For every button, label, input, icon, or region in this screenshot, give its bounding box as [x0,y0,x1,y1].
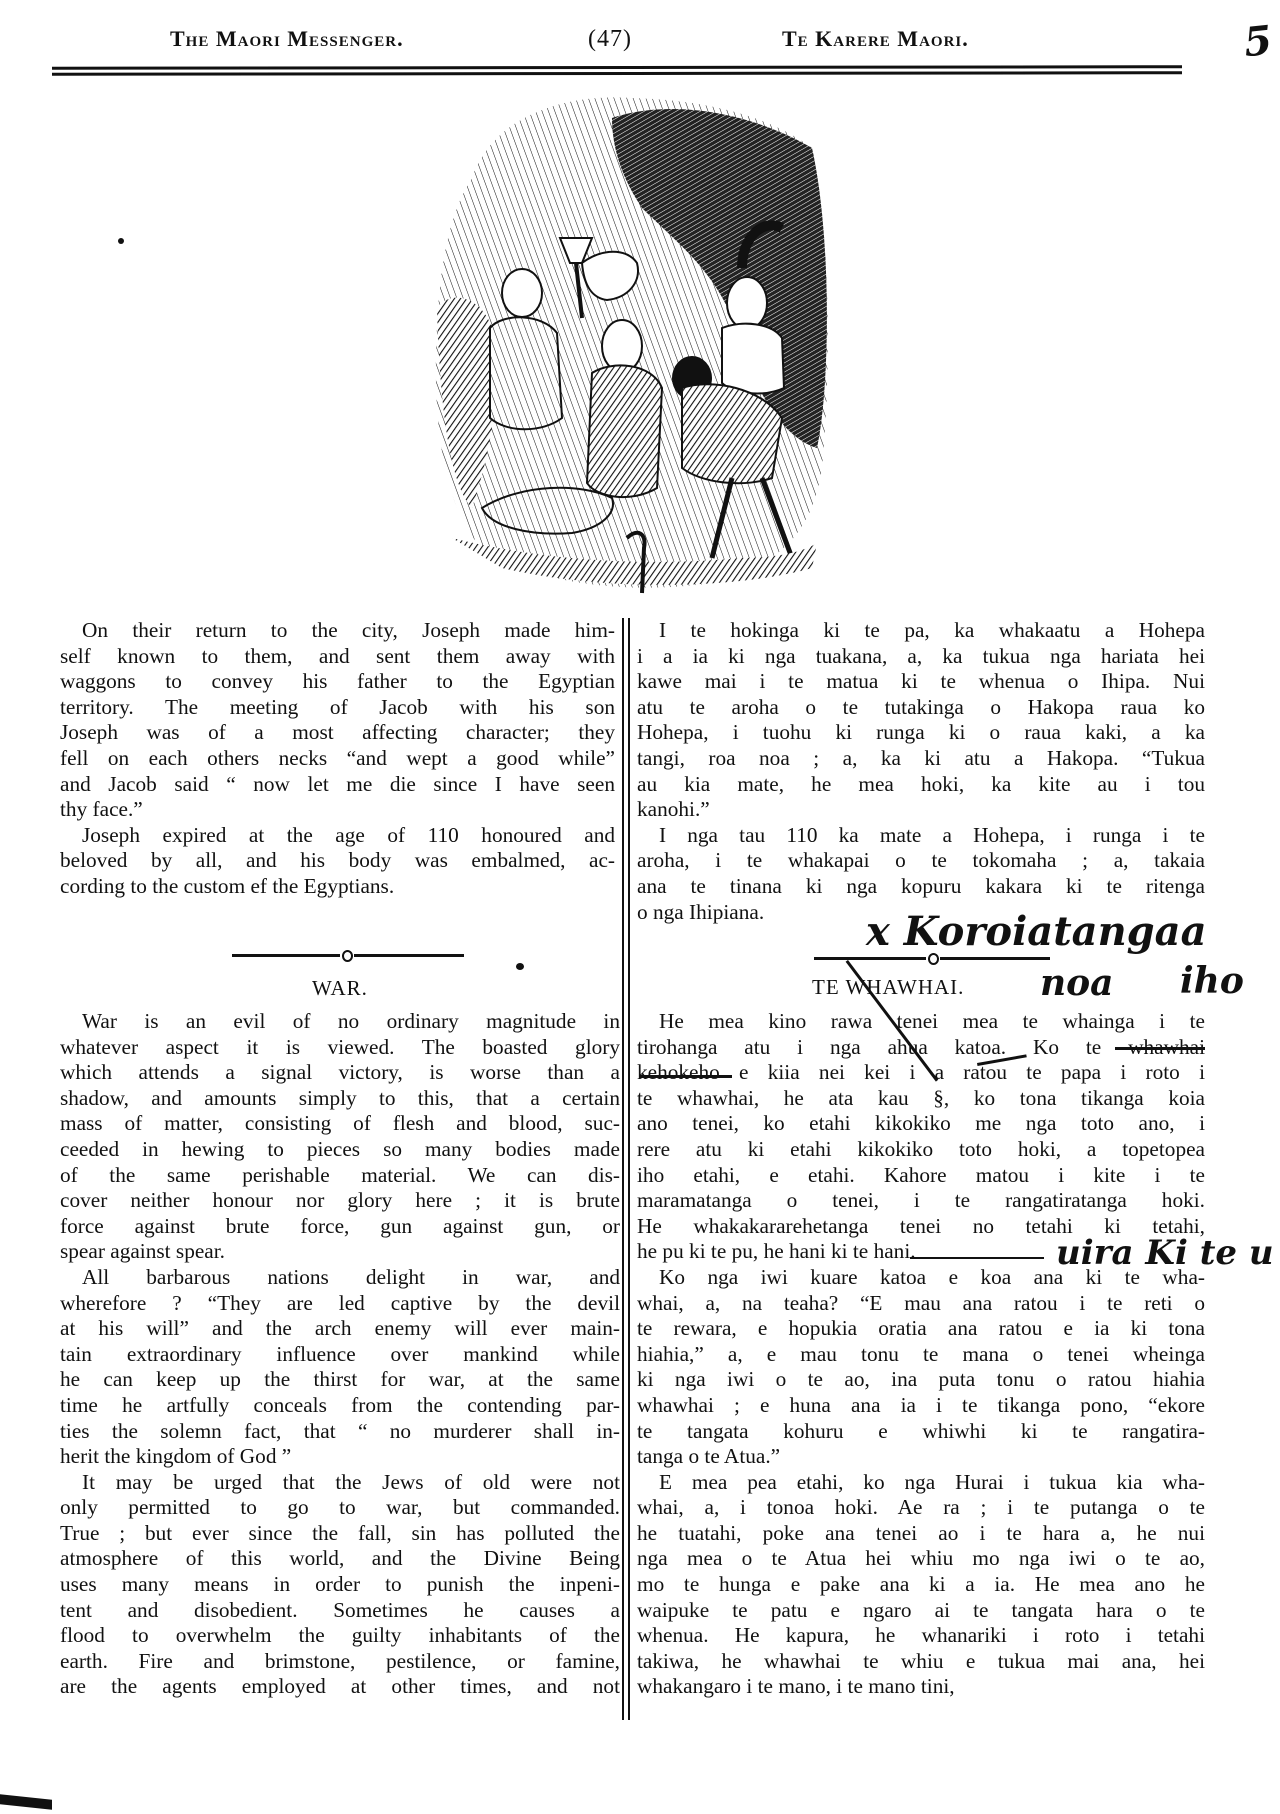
text-line: On their return to the city, Joseph made… [60,618,615,644]
text-line: whai, a, i tonoa hoki. Ae ra ; i te puta… [637,1495,1205,1521]
text-line: He mea kino rawa tenei mea te whainga i … [637,1009,1205,1035]
text-line: he can keep up the thirst for war, at th… [60,1367,620,1393]
text-line: I te hokinga ki te pa, ka whakaatu a Hoh… [637,618,1205,644]
rule-bar [232,954,340,957]
text-line: waipuke te patu e ngaro ai te tangata ha… [637,1598,1205,1624]
text-line: kanohi.” [637,797,1205,823]
masthead: The Maori Messenger. (47) Te Karere Maor… [170,26,1070,56]
masthead-maori-title: Te Karere Maori. [782,26,969,52]
handwritten-annotation: noa [1040,962,1114,1004]
text-line: are the agents employed at other times, … [60,1674,620,1700]
text-line: time he artfully conceals from the conte… [60,1393,620,1419]
text-line: self known to them, and sent them away w… [60,644,615,670]
strike-through-mark [910,1257,1044,1259]
paragraph: I te hokinga ki te pa, ka whakaatu a Hoh… [637,618,1205,823]
text-line: kehokeho e kiia nei kei i a ratou te pap… [637,1060,1205,1086]
text-line: thy face.” [60,797,615,823]
text-line: he tuatahi, poke ana tenei ao i te hara … [637,1521,1205,1547]
text-line: at his will” and the arch enemy will eve… [60,1316,620,1342]
divider-line-left [622,618,624,1720]
text-line: tent and disobedient. Sometimes he cause… [60,1598,620,1624]
masthead-english-title: The Maori Messenger. [170,26,404,52]
text-line: takiwa, he whawhai te whiu e tukua mai a… [637,1649,1205,1675]
text-line: territory. The meeting of Jacob with his… [60,695,615,721]
text-line: earth. Fire and brimstone, pestilence, o… [60,1649,620,1675]
text-line: force against brute force, gun against g… [60,1214,620,1240]
text-line: tain extraordinary influence over mankin… [60,1342,620,1368]
ink-blot [0,1794,52,1809]
text-line: te whawhai, he ata kau §, ko tona tikang… [637,1086,1205,1112]
text-line: ties the solemn fact, that “ no murderer… [60,1419,620,1445]
text-line: whai, a, na teaha? “E mau ana ratou i te… [637,1291,1205,1317]
text-line: rere atu ki etahi kikokiko toto hoki, a … [637,1137,1205,1163]
rule-bar [940,957,1050,960]
rule-line-bottom [52,71,1182,76]
text-line: fell on each others necks “and wept a go… [60,746,615,772]
text-line: i a ia ki nga tuakana, a, ka tukua nga h… [637,644,1205,670]
text-line: aroha, i te whakapai o te tokomaha ; a, … [637,848,1205,874]
handwritten-annotation: x Koroiatangaa [866,908,1207,955]
paragraph: All barbarous nations delight in war, an… [60,1265,620,1470]
text-line: spear against spear. [60,1239,620,1265]
text-line: iho etahi, e etahi. Kahore matou i kite … [637,1163,1205,1189]
text-line: beloved by all, and his body was embalme… [60,848,615,874]
text-line: nga mea o te Atua hei whiu mo nga iwi o … [637,1546,1205,1572]
section-heading-war: WAR. [312,976,368,1001]
text-line: waggons to convey his father to the Egyp… [60,669,615,695]
handwritten-annotation: uira Ki te u [1056,1233,1274,1273]
text-line: whawhai ; e huna ana ia i te tikanga pon… [637,1393,1205,1419]
paragraph: E mea pea etahi, ko nga Hurai i tukua ki… [637,1470,1205,1700]
maori-story-text: I te hokinga ki te pa, ka whakaatu a Hoh… [637,618,1205,925]
paragraph: War is an evil of no ordinary magnitude … [60,1009,620,1265]
maori-war-text: He mea kino rawa tenei mea te whainga i … [637,1009,1205,1700]
text-line: I nga tau 110 ka mate a Hohepa, i runga … [637,823,1205,849]
rule-line-top [52,65,1182,70]
english-war-text: War is an evil of no ordinary magnitude … [60,1009,620,1700]
text-line: flood to overwhelm the guilty inhabitant… [60,1623,620,1649]
text-line: and Jacob said “ now let me die since I … [60,772,615,798]
text-line: te rewara, e hopukia oratia ana ratou e … [637,1316,1205,1342]
text-line: au kia mate, he mea hoki, ka kite au i t… [637,772,1205,798]
text-line: War is an evil of no ordinary magnitude … [60,1009,620,1035]
text-line: whenua. He kapura, he whanariki i roto i… [637,1623,1205,1649]
ring-ornament [342,950,353,962]
paragraph: It may be urged that the Jews of old wer… [60,1470,620,1700]
paragraph: Ko nga iwi kuare katoa e koa ana ki te w… [637,1265,1205,1470]
text-line: kawe mai i te matua ki te whenua o Ihipa… [637,669,1205,695]
text-line: uses many means in order to punish the i… [60,1572,620,1598]
strike-through-mark [1115,1047,1205,1050]
text-line: tangi, roa noa ; a, ka ki atu a Hakopa. … [637,746,1205,772]
ink-speck [118,238,124,244]
handwritten-word: x Koroiatanga [866,908,1181,955]
text-line: tanga o te Atua.” [637,1444,1205,1470]
text-line: atu te aroha o te tutakinga o Hakopa rau… [637,695,1205,721]
text-line: mass of matter, consisting of flesh and … [60,1111,620,1137]
text-line: Joseph was of a most affecting character… [60,720,615,746]
text-line: hiahia,” a, e mau tonu te mana o tenei w… [637,1342,1205,1368]
engraving-illustration [412,88,832,594]
text-line: shadow, and amounts simply to this, that… [60,1086,620,1112]
text-line: Joseph expired at the age of 110 honoure… [60,823,615,849]
text-line: ano tenei, ko etahi kikokiko me nga toto… [637,1111,1205,1137]
text-line: of the same perishable material. We can … [60,1163,620,1189]
rule-bar [814,957,926,960]
column-divider [622,618,631,1720]
english-story-text: On their return to the city, Joseph made… [60,618,615,900]
text-line: True ; but ever since the fall, sin has … [60,1521,620,1547]
text-line: atmosphere of this world, and the Divine… [60,1546,620,1572]
handwritten-annotation: iho [1180,960,1244,1002]
text-line: ana te tinana ki nga kopuru kakara ki te… [637,874,1205,900]
section-heading-te-whawhai: TE WHAWHAI. [812,975,964,1000]
text-line: E mea pea etahi, ko nga Hurai i tukua ki… [637,1470,1205,1496]
divider-line-right [628,618,630,1720]
page-number: (47) [588,26,632,53]
text-line: te tangata kohuru e whiwhi ki te rangati… [637,1419,1205,1445]
rule-bar [354,954,464,957]
text-line: only permitted to go to war, but command… [60,1495,620,1521]
text-line: mo te hunga e pake ana ki a ia. He mea a… [637,1572,1205,1598]
paragraph: Joseph expired at the age of 110 honoure… [60,823,615,900]
text-line: herit the kingdom of God ” [60,1444,620,1470]
text-line: ki nga iwi o te ao, ina puta tonu o rato… [637,1367,1205,1393]
text-line: wherefore ? “They are led captive by the… [60,1291,620,1317]
text-line: whakangaro i te mano, i te mano tini, [637,1674,1205,1700]
handwritten-page-mark: 5 [1242,17,1275,67]
ink-speck [516,963,524,970]
text-line: which attends a signal victory, is worse… [60,1060,620,1086]
strike-through-mark [640,1075,732,1078]
text-line: All barbarous nations delight in war, an… [60,1265,620,1291]
paragraph: On their return to the city, Joseph made… [60,618,615,823]
engraving-icon [412,88,832,594]
text-line: Hohepa, i tuohu ki runga ki o raua kaki,… [637,720,1205,746]
text-line: It may be urged that the Jews of old wer… [60,1470,620,1496]
text-line: cording to the custom ef the Egyptians. [60,874,615,900]
masthead-double-rule [52,66,1182,76]
handwritten-word: a [1181,908,1207,955]
text-line: ceeded in hewing to pieces so many bodie… [60,1137,620,1163]
text-line: maramatanga o tenei, i te rangatiratanga… [637,1188,1205,1214]
text-line: cover neither honour nor glory here ; it… [60,1188,620,1214]
section-divider-ornament [232,947,472,963]
text-line: whatever aspect it is viewed. The boaste… [60,1035,620,1061]
